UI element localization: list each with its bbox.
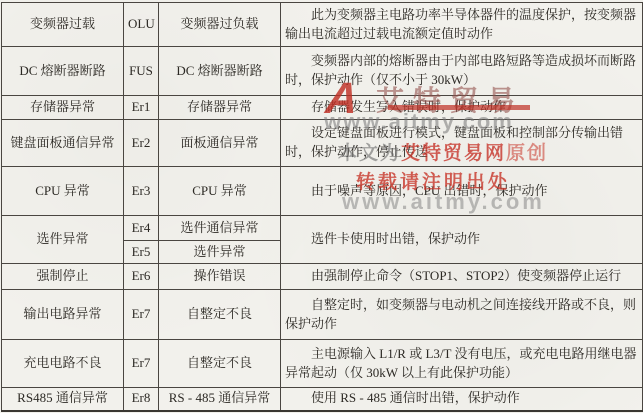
table-row: 存储器异常Er1存储器异常存储器发生写入错误时，保护动作 [2, 96, 643, 120]
display-name-cell: 自整定不良 [159, 290, 281, 340]
fault-name-cell: RS485 通信异常 [2, 388, 124, 411]
scanned-document-page: 变频器过载OLU变频器过负载此为变频器主电路功率半导体器件的温度保护，按变频器输… [0, 0, 643, 413]
fault-code-cell: Er1 [124, 96, 159, 120]
description-text: 设定键盘面板进行模式，键盘面板和控制部分传输出错时，保护动作，停止传送 [285, 124, 638, 162]
inverter-fault-table: 变频器过载OLU变频器过负载此为变频器主电路功率半导体器件的温度保护，按变频器输… [1, 2, 643, 412]
display-name-cell: 自整定不良 [159, 340, 281, 388]
display-name-cell: 存储器异常 [159, 96, 281, 120]
description-text: 此为变频器主电路功率半导体器件的温度保护，按变频器输出电流超过过载电流额定值时动… [285, 6, 638, 44]
fault-name-cell: 强制停止 [2, 264, 124, 290]
description-cell: 选件卡使用时出错，保护动作 [281, 216, 643, 264]
fault-name-cell: 充电电路不良 [2, 340, 124, 388]
fault-code-cell: Er7 [124, 290, 159, 340]
description-cell: 自整定时，如变频器与电动机之间连接线开路或不良，则保护动作 [281, 290, 643, 340]
fault-name-cell: 存储器异常 [2, 96, 124, 120]
fault-name-cell: 变频器过载 [2, 3, 124, 47]
description-cell: 存储器发生写入错误时，保护动作 [281, 96, 643, 120]
display-name-cell: 操作错误 [159, 264, 281, 290]
display-name-cell: 选件通信异常 [159, 216, 281, 241]
description-cell: 使用 RS - 485 通信时出错，保护动作 [281, 388, 643, 411]
fault-name-cell: 键盘面板通信异常 [2, 120, 124, 167]
description-text: 由于噪声等原因，CPU 出错时，保护动作 [285, 182, 638, 201]
table-row: 充电电路不良Er7自整定不良主电源输入 L1/R 或 L3/T 没有电压，或充电… [2, 340, 643, 388]
fault-name-cell: 输出电路异常 [2, 290, 124, 340]
description-text: 自整定时，如变频器与电动机之间连接线开路或不良，则保护动作 [285, 296, 638, 334]
table-row: 变频器过载OLU变频器过负载此为变频器主电路功率半导体器件的温度保护，按变频器输… [2, 3, 643, 47]
display-name-cell: 选件异常 [159, 241, 281, 264]
fault-code-cell: OLU [124, 3, 159, 47]
fault-code-cell: Er8 [124, 388, 159, 411]
description-text: 主电源输入 L1/R 或 L3/T 没有电压，或充电电路用继电器异常起动（仅 3… [285, 345, 638, 383]
display-name-cell: RS - 485 通信异常 [159, 388, 281, 411]
table-row: RS485 通信异常Er8RS - 485 通信异常使用 RS - 485 通信… [2, 388, 643, 411]
fault-name-cell: DC 熔断器断路 [2, 47, 124, 96]
description-cell: 设定键盘面板进行模式，键盘面板和控制部分传输出错时，保护动作，停止传送 [281, 120, 643, 167]
description-cell: 由于噪声等原因，CPU 出错时，保护动作 [281, 167, 643, 216]
table-row: 键盘面板通信异常Er2面板通信异常设定键盘面板进行模式，键盘面板和控制部分传输出… [2, 120, 643, 167]
display-name-cell: 变频器过负载 [159, 3, 281, 47]
display-name-cell: DC 熔断器断路 [159, 47, 281, 96]
description-text: 由强制停止命令（STOP1、STOP2）使变频器停止运行 [285, 267, 638, 286]
description-text: 变频器内部的熔断器由于内部电路短路等造成损坏而断路时，保护动作（仅不小于 30k… [285, 52, 638, 90]
fault-code-cell: Er5 [124, 241, 159, 264]
fault-code-cell: Er3 [124, 167, 159, 216]
fault-code-cell: FUS [124, 47, 159, 96]
description-cell: 由强制停止命令（STOP1、STOP2）使变频器停止运行 [281, 264, 643, 290]
fault-code-cell: Er4 [124, 216, 159, 241]
description-text: 选件卡使用时出错，保护动作 [285, 230, 638, 249]
fault-code-cell: Er2 [124, 120, 159, 167]
table-row: DC 熔断器断路FUSDC 熔断器断路变频器内部的熔断器由于内部电路短路等造成损… [2, 47, 643, 96]
fault-name-cell: CPU 异常 [2, 167, 124, 216]
description-text: 存储器发生写入错误时，保护动作 [285, 98, 638, 117]
display-name-cell: CPU 异常 [159, 167, 281, 216]
fault-code-cell: Er7 [124, 340, 159, 388]
description-cell: 主电源输入 L1/R 或 L3/T 没有电压，或充电电路用继电器异常起动（仅 3… [281, 340, 643, 388]
display-name-cell: 面板通信异常 [159, 120, 281, 167]
description-cell: 此为变频器主电路功率半导体器件的温度保护，按变频器输出电流超过过载电流额定值时动… [281, 3, 643, 47]
description-cell: 变频器内部的熔断器由于内部电路短路等造成损坏而断路时，保护动作（仅不小于 30k… [281, 47, 643, 96]
table-row: 输出电路异常Er7自整定不良自整定时，如变频器与电动机之间连接线开路或不良，则保… [2, 290, 643, 340]
table-row: 选件异常Er4选件通信异常选件卡使用时出错，保护动作 [2, 216, 643, 241]
table-row: 强制停止Er6操作错误由强制停止命令（STOP1、STOP2）使变频器停止运行 [2, 264, 643, 290]
fault-code-cell: Er6 [124, 264, 159, 290]
description-text: 使用 RS - 485 通信时出错，保护动作 [285, 389, 638, 408]
fault-name-cell: 选件异常 [2, 216, 124, 264]
table-row: CPU 异常Er3CPU 异常由于噪声等原因，CPU 出错时，保护动作 [2, 167, 643, 216]
